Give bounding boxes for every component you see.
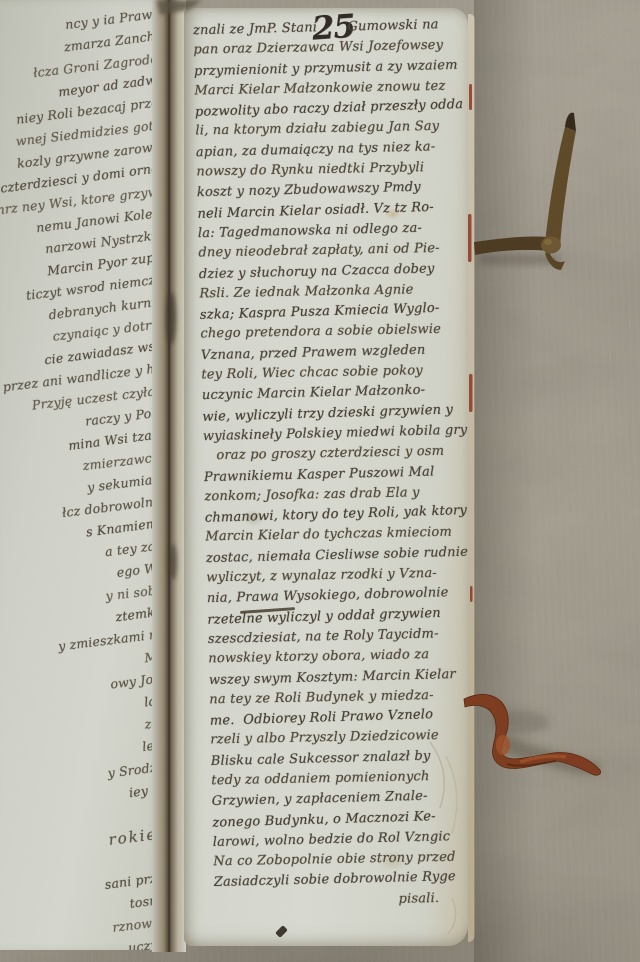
handwriting-line: pisali. [214,888,485,913]
manuscript-photo: ncy y ia Prawzmarza Zanchłcza Groni Zagr… [0,0,640,962]
ink-blot [275,925,288,938]
right-page: 25 znali ze JmP. Stani Gumowski napan or… [184,8,468,946]
right-page-text: znali ze JmP. Stani Gumowski napan oraz … [193,15,486,914]
left-page: ncy y ia Prawzmarza Zanchłcza Groni Zagr… [0,0,160,950]
left-page-text: ncy y ia Prawzmarza Zanchłcza Groni Zagr… [0,3,160,950]
book-gutter [152,0,186,952]
